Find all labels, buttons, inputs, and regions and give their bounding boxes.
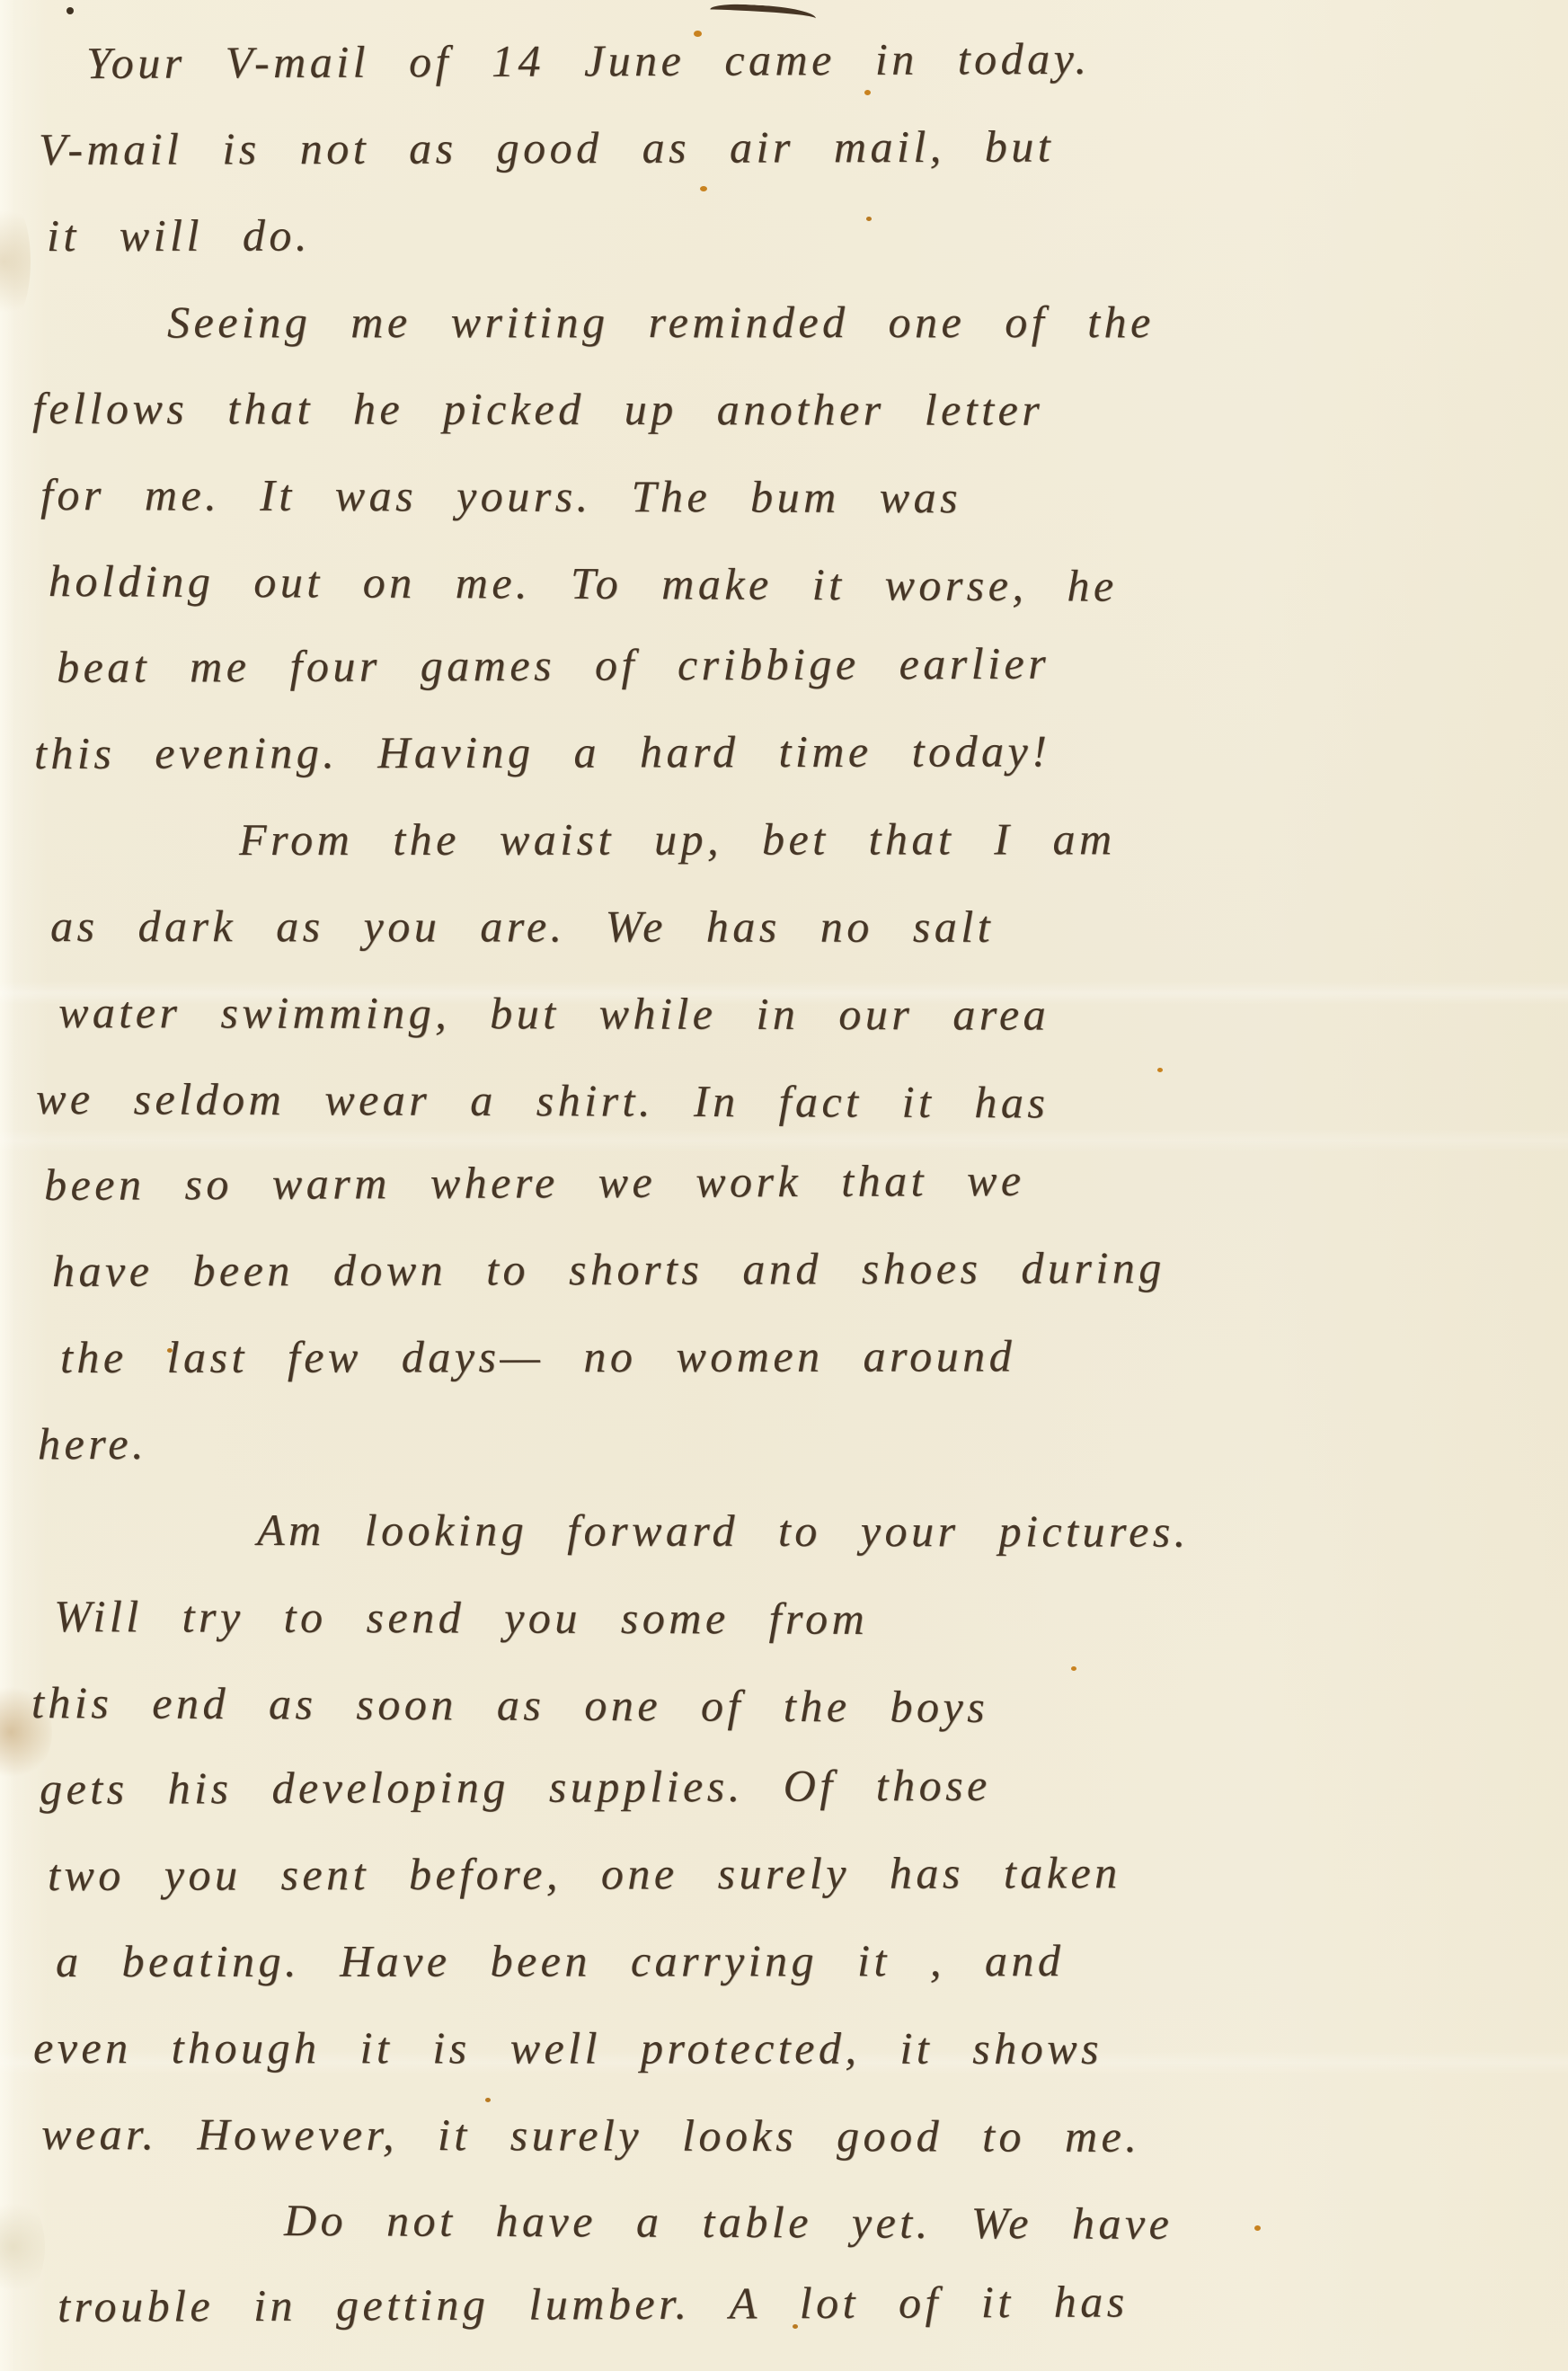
letter-line: the last few days— no women around bbox=[60, 1311, 1522, 1400]
letter-line: it will do. bbox=[47, 190, 1522, 279]
letter-line: Seeing me writing reminded one of the bbox=[167, 279, 1522, 365]
letter-line: Will try to send you some from bbox=[54, 1573, 1522, 1664]
letter-line: fellows that he picked up another letter bbox=[32, 365, 1522, 454]
letter-line: Am looking forward to your pictures. bbox=[257, 1487, 1522, 1575]
letter-line: gets his developing supplies. Of those bbox=[40, 1740, 1522, 1832]
letter-line: wear. However, it surely looks good to m… bbox=[41, 2091, 1522, 2180]
letter-paragraph: Seeing me writing reminded one of thefel… bbox=[31, 279, 1522, 796]
letter-line: two you sent before, one surely has take… bbox=[48, 1828, 1522, 1918]
letter-line: this evening. Having a hard time today! bbox=[34, 706, 1522, 796]
letter-line: even though it is well protected, it sho… bbox=[33, 2004, 1522, 2091]
letter-paragraph: From the waist up, bet that I amas dark … bbox=[31, 796, 1522, 1487]
letter-line: been so warm where we work that we bbox=[44, 1134, 1522, 1228]
letter-line: trouble in getting lumber. A lot of it h… bbox=[58, 2256, 1522, 2349]
letter-line: here. bbox=[38, 1400, 1522, 1487]
letter-line: this end as soon as one of the boys bbox=[31, 1659, 1522, 1753]
letter-page: Your V-mail of 14 June came in today.V-m… bbox=[0, 0, 1568, 2371]
letter-line: a beating. Have been carrying it , and bbox=[56, 1917, 1522, 2004]
letter-paragraph: Your V-mail of 14 June came in today.V-m… bbox=[31, 20, 1522, 279]
letter-line: Do not have a table yet. We have bbox=[284, 2177, 1522, 2268]
letter-body: Your V-mail of 14 June came in today.V-m… bbox=[31, 20, 1522, 2349]
paper-speck bbox=[66, 7, 74, 14]
letter-line: Your V-mail of 14 June came in today. bbox=[86, 13, 1522, 106]
letter-paragraph: Do not have a table yet. We havetrouble … bbox=[31, 2177, 1522, 2349]
letter-line: beat me four games of cribbige earlier bbox=[57, 618, 1522, 710]
letter-line: for me. It was yours. The bum was bbox=[40, 451, 1522, 542]
letter-line: have been down to shorts and shoes durin… bbox=[52, 1223, 1522, 1314]
paper-edge-highlight bbox=[0, 0, 14, 2371]
letter-line: water swimming, but while in our area bbox=[58, 969, 1522, 1059]
letter-line: holding out on me. To make it worse, he bbox=[49, 537, 1522, 631]
letter-line: V-mail is not as good as air mail, but bbox=[39, 102, 1522, 192]
letter-line: From the waist up, bet that I am bbox=[239, 795, 1522, 883]
letter-paragraph: Am looking forward to your pictures.Will… bbox=[31, 1487, 1522, 2177]
letter-line: as dark as you are. We has no salt bbox=[50, 883, 1522, 970]
letter-line: we seldom wear a shirt. In fact it has bbox=[36, 1055, 1522, 1147]
